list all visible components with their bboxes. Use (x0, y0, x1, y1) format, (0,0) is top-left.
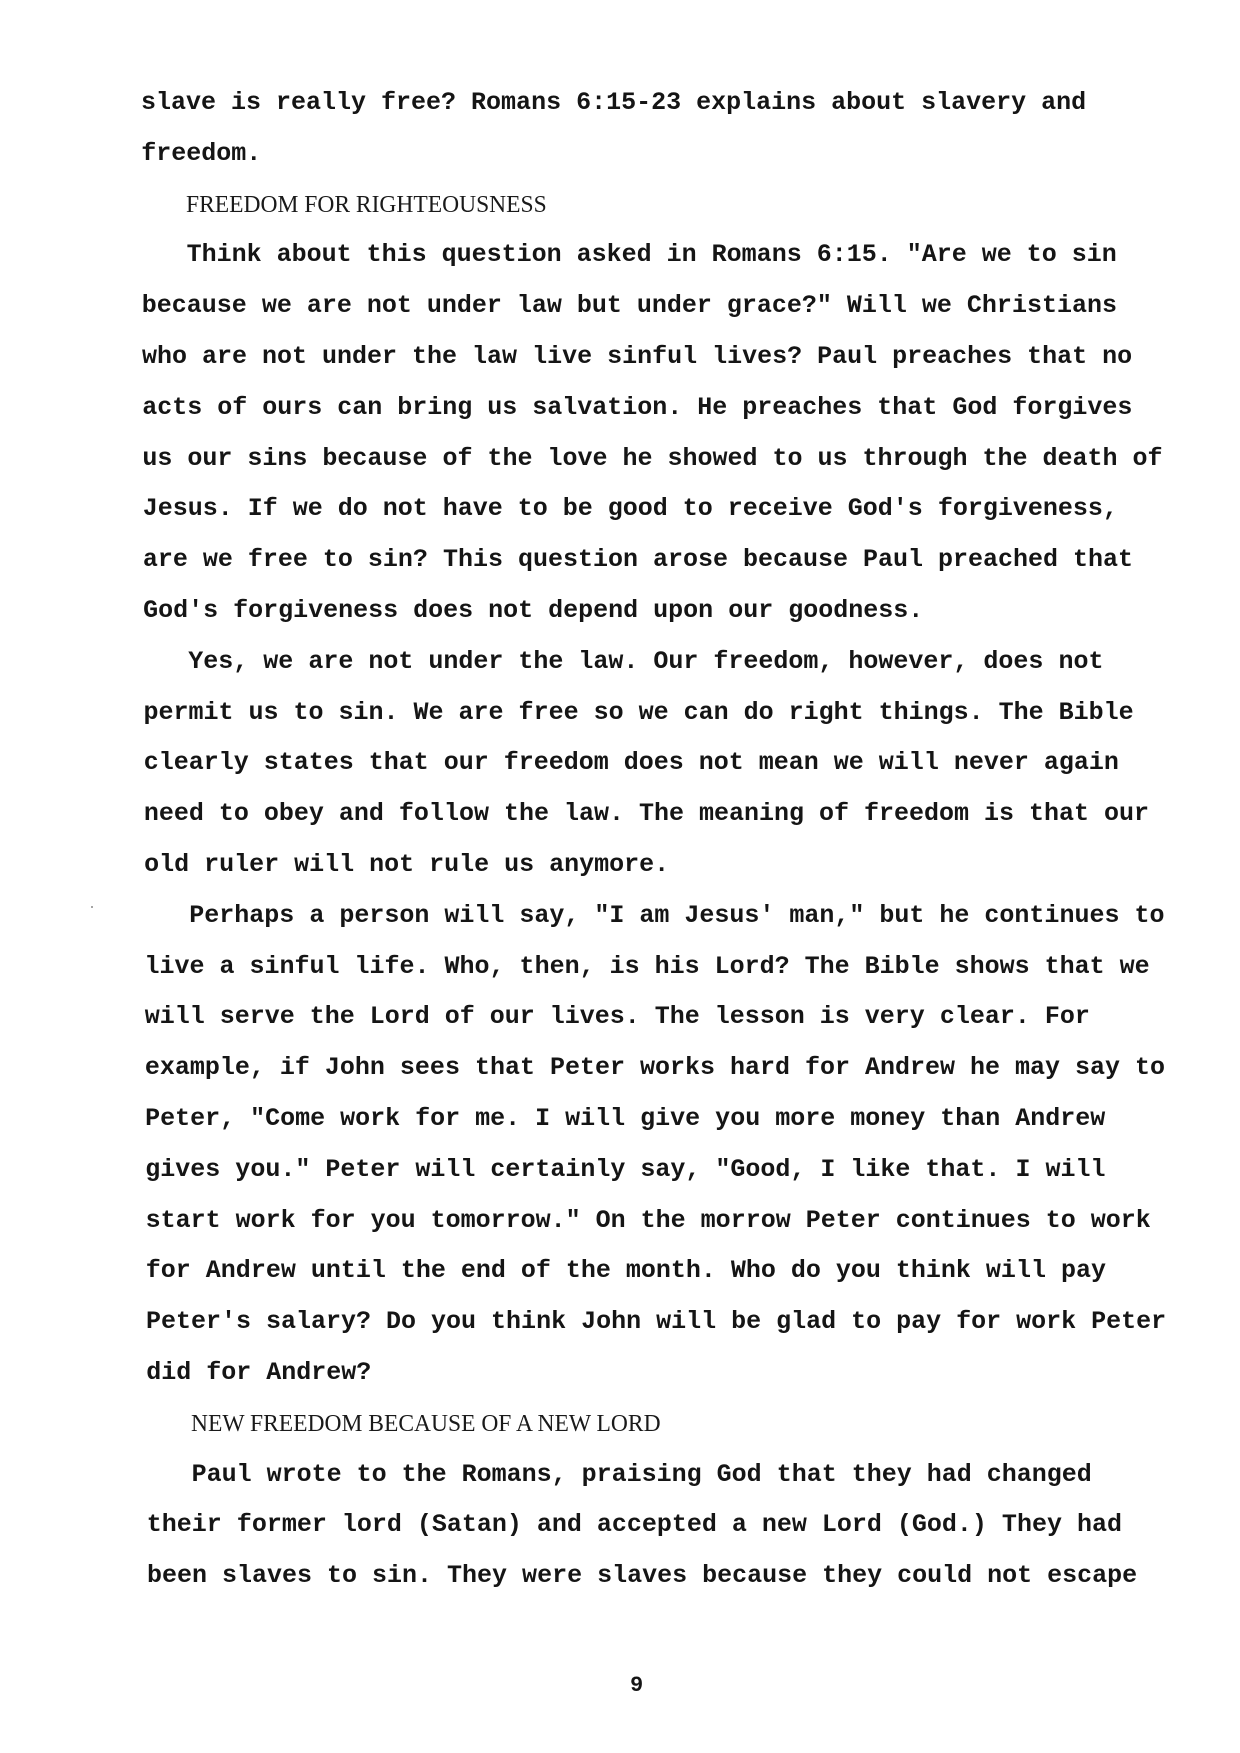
page-number: 9 (630, 1673, 643, 1699)
text-line: live a sinful life. Who, then, is his Lo… (145, 952, 1150, 982)
text-line: are we free to sin? This question arose … (143, 545, 1133, 575)
text-line: permit us to sin. We are free so we can … (144, 698, 1134, 728)
text-line: who are not under the law live sinful li… (142, 342, 1132, 372)
text-line: Peter, "Come work for me. I will give yo… (145, 1104, 1105, 1134)
text-line: start work for you tomorrow." On the mor… (146, 1206, 1151, 1236)
text-line: God's forgiveness does not depend upon o… (143, 596, 923, 626)
text-line: their former lord (Satan) and accepted a… (147, 1510, 1122, 1540)
text-line: gives you." Peter will certainly say, "G… (145, 1155, 1105, 1185)
text-line: Peter's salary? Do you think John will b… (146, 1307, 1166, 1337)
text-line: example, if John sees that Peter works h… (145, 1053, 1165, 1083)
text-line: clearly states that our freedom does not… (144, 748, 1119, 778)
text-line: slave is really free? Romans 6:15-23 exp… (141, 88, 1086, 118)
text-line: Yes, we are not under the law. Our freed… (188, 647, 1103, 677)
text-line: freedom. (141, 139, 261, 169)
text-line: old ruler will not rule us anymore. (144, 850, 669, 880)
text-line: Jesus. If we do not have to be good to r… (143, 494, 1118, 524)
text-line: acts of ours can bring us salvation. He … (142, 393, 1132, 423)
section-heading: NEW FREEDOM BECAUSE OF A NEW LORD (191, 1409, 661, 1439)
text-line: Paul wrote to the Romans, praising God t… (192, 1460, 1092, 1490)
document-page: slave is really free? Romans 6:15-23 exp… (0, 0, 1240, 1753)
text-line: us our sins because of the love he showe… (142, 444, 1162, 474)
section-heading: FREEDOM FOR RIGHTEOUSNESS (186, 190, 547, 220)
text-line: Think about this question asked in Roman… (187, 240, 1117, 270)
text-line: need to obey and follow the law. The mea… (144, 799, 1149, 829)
text-line: because we are not under law but under g… (142, 291, 1117, 321)
text-line: did for Andrew? (146, 1358, 371, 1388)
text-line: been slaves to sin. They were slaves bec… (147, 1561, 1137, 1591)
text-line: for Andrew until the end of the month. W… (146, 1256, 1106, 1286)
text-line: Perhaps a person will say, "I am Jesus' … (189, 901, 1164, 931)
scan-speck (91, 906, 93, 908)
text-line: will serve the Lord of our lives. The le… (145, 1002, 1090, 1032)
